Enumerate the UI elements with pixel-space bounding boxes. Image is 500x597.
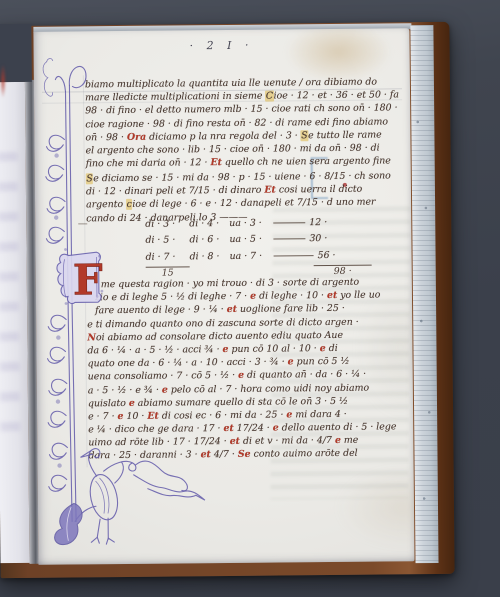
rubric-mark: et bbox=[230, 436, 240, 447]
table-dash-line bbox=[273, 222, 305, 223]
facing-page-red-decoration bbox=[0, 64, 6, 98]
gold-touched-letter: C bbox=[265, 91, 273, 102]
gold-touched-letter: S bbox=[301, 130, 309, 141]
acanthus-leaf bbox=[54, 503, 82, 544]
table-dash-line bbox=[274, 255, 314, 256]
rubric-mark: e bbox=[238, 370, 244, 381]
bird-figure bbox=[74, 448, 124, 544]
table-cell: 12 · bbox=[309, 217, 345, 228]
table-cell: 30 · bbox=[309, 233, 345, 244]
facing-page-bleed-marks bbox=[0, 152, 20, 452]
rubric-mark: Se bbox=[238, 449, 251, 460]
rubric-mark: e bbox=[250, 291, 256, 302]
table-cell: ua · 3 · bbox=[229, 217, 273, 228]
rubric-mark: e bbox=[273, 423, 279, 434]
initial-letter-F: F bbox=[73, 255, 103, 304]
penwork-decoration: F bbox=[34, 50, 229, 557]
table-cell: 56 · bbox=[318, 250, 354, 261]
rubric-mark: Et bbox=[264, 185, 276, 196]
manuscript-page: · 2 I · biamo multiplicato la quantita u… bbox=[33, 28, 414, 565]
wavy-flourish bbox=[104, 460, 205, 501]
table-dash-line bbox=[273, 238, 305, 239]
rubric-mark: et bbox=[227, 304, 237, 315]
rubric-mark: e bbox=[320, 343, 326, 354]
book: · 2 I · biamo multiplicato la quantita u… bbox=[0, 22, 455, 578]
rubric-mark: e bbox=[335, 435, 341, 446]
table-cell: ua · 5 · bbox=[229, 234, 273, 245]
illuminated-initial: F bbox=[57, 248, 104, 305]
foliate-curls bbox=[45, 135, 67, 491]
book-fore-edge bbox=[410, 25, 438, 563]
rubric-mark: e bbox=[288, 356, 294, 367]
rubric-mark: e bbox=[286, 409, 292, 420]
table-cell: ua · 7 · bbox=[230, 250, 274, 261]
rubric-mark: et bbox=[327, 290, 337, 301]
manuscript-photo: · 2 I · biamo multiplicato la quantita u… bbox=[0, 0, 500, 597]
